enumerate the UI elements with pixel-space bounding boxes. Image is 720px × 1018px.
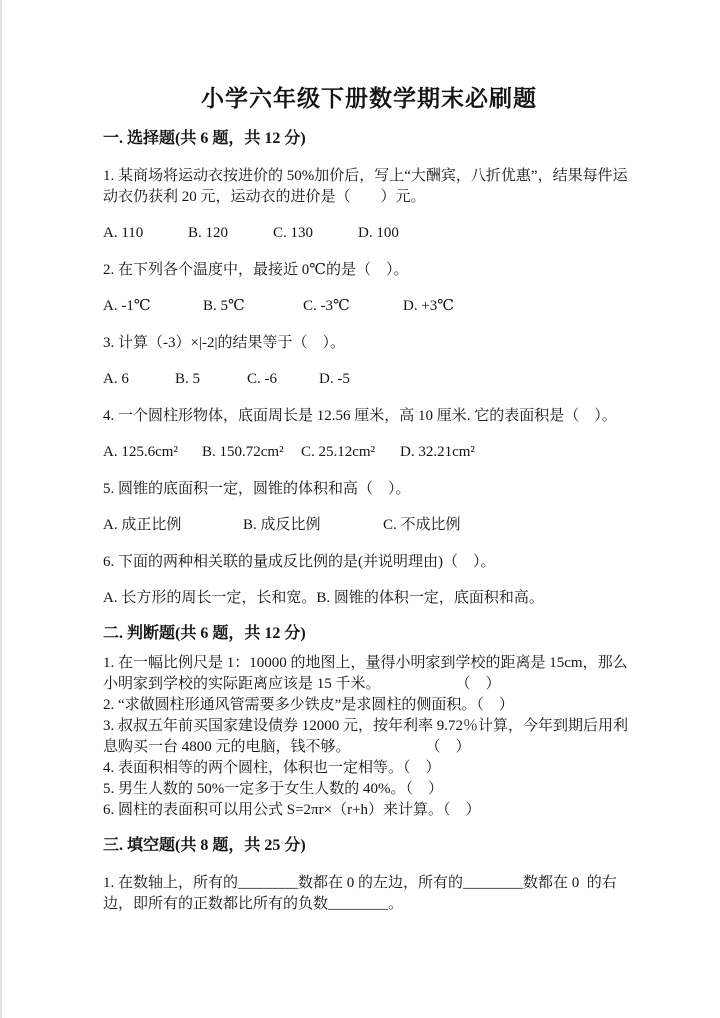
option-b: B. 成反比例 bbox=[243, 515, 383, 536]
section-heading-choice: 一. 选择题(共 6 题，共 12 分) bbox=[103, 128, 635, 150]
options-row: A. 6B. 5C. -6D. -5 bbox=[103, 369, 635, 390]
option-a: A. 110 bbox=[103, 223, 188, 244]
judge-question-4: 4. 表面积相等的两个圆柱，体积也一定相等。（ ） bbox=[103, 758, 635, 779]
section-heading-judge: 二. 判断题(共 6 题，共 12 分) bbox=[103, 623, 635, 645]
judge-question-2: 2. “求做圆柱形通风管需要多少铁皮”是求圆柱的侧面积。（ ） bbox=[103, 695, 635, 716]
options-row: A. 110B. 120C. 130D. 100 bbox=[103, 223, 635, 244]
question-text: 3. 计算（-3）×|-2|的结果等于（ ）。 bbox=[103, 333, 635, 354]
options-row: A. 125.6cm²B. 150.72cm²C. 25.12cm²D. 32.… bbox=[103, 442, 635, 463]
option-a: A. 6 bbox=[103, 369, 175, 390]
section-heading-fill: 三. 填空题(共 8 题，共 25 分) bbox=[103, 835, 635, 857]
judge-question-1: 1. 在一幅比例尺是 1：10000 的地图上，量得小明家到学校的距离是 15c… bbox=[103, 653, 635, 695]
option-a: A. -1℃ bbox=[103, 296, 203, 317]
option-d: D. 100 bbox=[358, 223, 443, 244]
exam-document-page: 小学六年级下册数学期末必刷题 一. 选择题(共 6 题，共 12 分) 1. 某… bbox=[0, 0, 720, 1018]
option-b: B. 圆锥的体积一定，底面积和高。 bbox=[316, 588, 544, 609]
judge-question-5: 5. 男生人数的 50%一定多于女生人数的 40%。（ ） bbox=[103, 779, 635, 800]
judge-question-3: 3. 叔叔五年前买国家建设债券 12000 元，按年利率 9.72％计算，今年到… bbox=[103, 716, 635, 758]
option-a: A. 成正比例 bbox=[103, 515, 243, 536]
option-b: B. 150.72cm² bbox=[202, 442, 301, 463]
question-text: 1. 某商场将运动衣按进价的 50%加价后，写上“大酬宾，八折优惠”，结果每件运… bbox=[103, 166, 635, 208]
choice-question-3: 3. 计算（-3）×|-2|的结果等于（ ）。 A. 6B. 5C. -6D. … bbox=[103, 333, 635, 390]
option-d: D. -5 bbox=[319, 369, 391, 390]
options-row: A. -1℃B. 5℃C. -3℃D. +3℃ bbox=[103, 296, 635, 317]
question-text: 1. 在数轴上，所有的________数都在 0 的左边，所有的________… bbox=[103, 873, 635, 915]
choice-question-2: 2. 在下列各个温度中，最接近 0℃的是（ ）。 A. -1℃B. 5℃C. -… bbox=[103, 260, 635, 317]
option-d: D. +3℃ bbox=[403, 296, 503, 317]
option-c: C. -3℃ bbox=[303, 296, 403, 317]
page-title: 小学六年级下册数学期末必刷题 bbox=[103, 84, 635, 114]
option-b: B. 5℃ bbox=[203, 296, 303, 317]
judge-question-6: 6. 圆柱的表面积可以用公式 S=2πr×（r+h）来计算。（ ） bbox=[103, 800, 635, 821]
option-c: C. 不成比例 bbox=[383, 515, 523, 536]
fill-question-1: 1. 在数轴上，所有的________数都在 0 的左边，所有的________… bbox=[103, 873, 635, 915]
option-d: D. 32.21cm² bbox=[400, 442, 499, 463]
choice-question-6: 6. 下面的两种相关联的量成反比例的是(并说明理由)（ ）。 A. 长方形的周长… bbox=[103, 552, 635, 609]
options-row: A. 长方形的周长一定，长和宽。B. 圆锥的体积一定，底面积和高。 bbox=[103, 588, 635, 609]
question-text: 4. 一个圆柱形物体，底面周长是 12.56 厘米，高 10 厘米. 它的表面积… bbox=[103, 406, 635, 427]
choice-question-4: 4. 一个圆柱形物体，底面周长是 12.56 厘米，高 10 厘米. 它的表面积… bbox=[103, 406, 635, 463]
option-a: A. 长方形的周长一定，长和宽。 bbox=[103, 588, 316, 609]
choice-question-1: 1. 某商场将运动衣按进价的 50%加价后，写上“大酬宾，八折优惠”，结果每件运… bbox=[103, 166, 635, 244]
option-c: C. 25.12cm² bbox=[301, 442, 400, 463]
question-text: 2. 在下列各个温度中，最接近 0℃的是（ ）。 bbox=[103, 260, 635, 281]
option-b: B. 5 bbox=[175, 369, 247, 390]
options-row: A. 成正比例B. 成反比例C. 不成比例 bbox=[103, 515, 635, 536]
option-c: C. -6 bbox=[247, 369, 319, 390]
judge-question-list: 1. 在一幅比例尺是 1：10000 的地图上，量得小明家到学校的距离是 15c… bbox=[103, 653, 635, 821]
choice-question-5: 5. 圆锥的底面积一定，圆锥的体积和高（ ）。 A. 成正比例B. 成反比例C.… bbox=[103, 479, 635, 536]
question-text: 5. 圆锥的底面积一定，圆锥的体积和高（ ）。 bbox=[103, 479, 635, 500]
option-b: B. 120 bbox=[188, 223, 273, 244]
option-a: A. 125.6cm² bbox=[103, 442, 202, 463]
question-text: 6. 下面的两种相关联的量成反比例的是(并说明理由)（ ）。 bbox=[103, 552, 635, 573]
option-c: C. 130 bbox=[273, 223, 358, 244]
